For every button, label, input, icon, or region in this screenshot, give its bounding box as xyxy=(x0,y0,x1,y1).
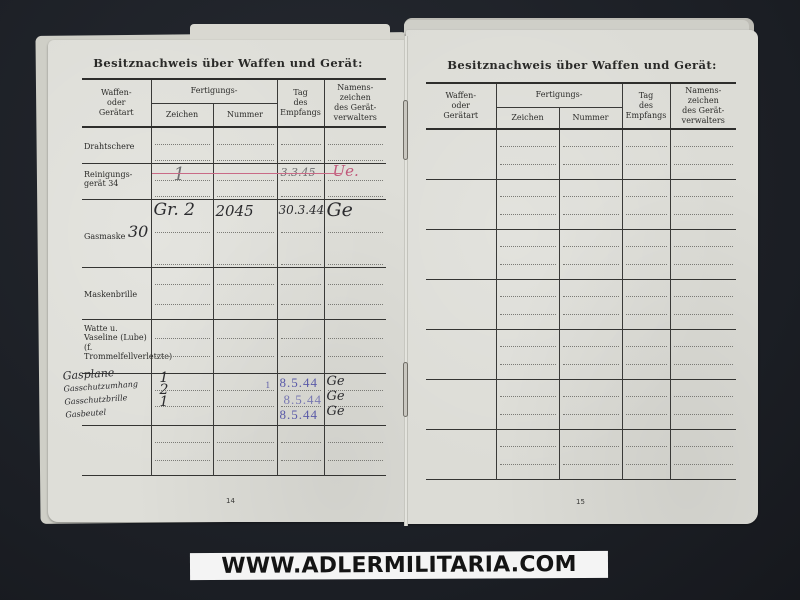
header-manufacturing: Fertigungs- xyxy=(151,79,277,103)
date-stamp: 8.5.44 xyxy=(280,375,319,391)
left-page: Besitznachweis über Waffen und Gerät: Wa… xyxy=(48,40,408,522)
item-label: Reinigungs- gerät 34 xyxy=(84,170,146,189)
photo-scene: Besitznachweis über Waffen und Gerät: Wa… xyxy=(0,0,800,600)
left-page-title: Besitznachweis über Waffen und Gerät: xyxy=(48,56,408,70)
handwritten-number: 2045 xyxy=(216,202,254,220)
header-weapon-type: Waffen-oderGerätart xyxy=(82,79,151,127)
table-row xyxy=(426,279,736,329)
left-page-stack-edge xyxy=(190,24,390,40)
header-custodian-initials: Namens-zeichendes Gerät-verwalters xyxy=(670,83,736,129)
table-row: Watte u. Vaseline (Lube) (f. Trommelfell… xyxy=(82,319,386,373)
right-page-title: Besitznachweis über Waffen und Gerät: xyxy=(406,58,758,72)
table-row xyxy=(426,429,736,479)
handwritten-mark: 1 xyxy=(174,164,185,185)
handwritten-mark: Gr. 2 xyxy=(154,200,195,220)
item-label: Gasmaske xyxy=(84,232,125,242)
date-stamp: 8.5.44 xyxy=(280,407,319,423)
table-row xyxy=(82,425,386,475)
staple-bottom xyxy=(403,362,408,417)
table-row xyxy=(426,329,736,379)
table-row xyxy=(426,379,736,429)
right-ledger-table: Waffen-oderGerätart Fertigungs- TagdesEm… xyxy=(426,82,736,480)
handwritten-model-suffix: 30 xyxy=(128,222,148,241)
header-date-received: TagdesEmpfangs xyxy=(622,83,670,129)
watermark-banner: WWW.ADLERMILITARIA.COM xyxy=(190,551,608,580)
page-number-left: 14 xyxy=(226,497,235,505)
staple-top xyxy=(403,100,408,160)
item-label: Maskenbrille xyxy=(84,290,137,300)
handwritten-initials: Ue. xyxy=(333,162,359,180)
table-row: Maskenbrille xyxy=(82,267,386,319)
table-row xyxy=(426,129,736,179)
handwritten-initials: Ge xyxy=(327,199,353,221)
item-label: Drahtschere xyxy=(84,142,134,152)
left-ledger-table: Waffen-oderGerätart Fertigungs- TagdesEm… xyxy=(82,78,386,476)
handwritten-item-list: Gasplane Gasschutzumhang Gasschutzbrille… xyxy=(62,365,140,421)
handwritten-date: 3.3.45 xyxy=(281,166,316,179)
page-number-right: 15 xyxy=(576,498,585,506)
header-mark: Zeichen xyxy=(151,103,213,127)
handwritten-date: 30.3.44 xyxy=(279,203,325,217)
header-manufacturing: Fertigungs- xyxy=(496,83,622,107)
handwritten-quantities: 1 2 1 xyxy=(160,372,169,408)
header-custodian-initials: Namens-zeichendes Gerät-verwalters xyxy=(324,79,386,127)
stamp-prefix: 1 xyxy=(266,380,272,390)
date-stamp: 8.5.44 xyxy=(284,392,323,408)
right-page: Besitznachweis über Waffen und Gerät: Wa… xyxy=(406,30,758,524)
table-row: Gasmaske 30 Gr. 2 2045 30.3.44 Ge xyxy=(82,199,386,267)
header-mark: Zeichen xyxy=(496,107,559,129)
handwritten-initials-list: Ge Ge Ge xyxy=(327,374,345,419)
header-weapon-type: Waffen-oderGerätart xyxy=(426,83,496,129)
table-row: Drahtschere xyxy=(82,127,386,163)
table-row: Reinigungs- gerät 34 1 3.3.45 Ue. xyxy=(82,163,386,199)
header-date-received: TagdesEmpfangs xyxy=(277,79,324,127)
table-row xyxy=(426,179,736,229)
header-number: Nummer xyxy=(213,103,277,127)
table-row xyxy=(426,229,736,279)
item-label: Watte u. Vaseline (Lube) (f. Trommelfell… xyxy=(84,324,150,362)
header-number: Nummer xyxy=(559,107,622,129)
strike-through-line xyxy=(152,173,342,174)
table-row: Gasplane Gasschutzumhang Gasschutzbrille… xyxy=(82,373,386,425)
